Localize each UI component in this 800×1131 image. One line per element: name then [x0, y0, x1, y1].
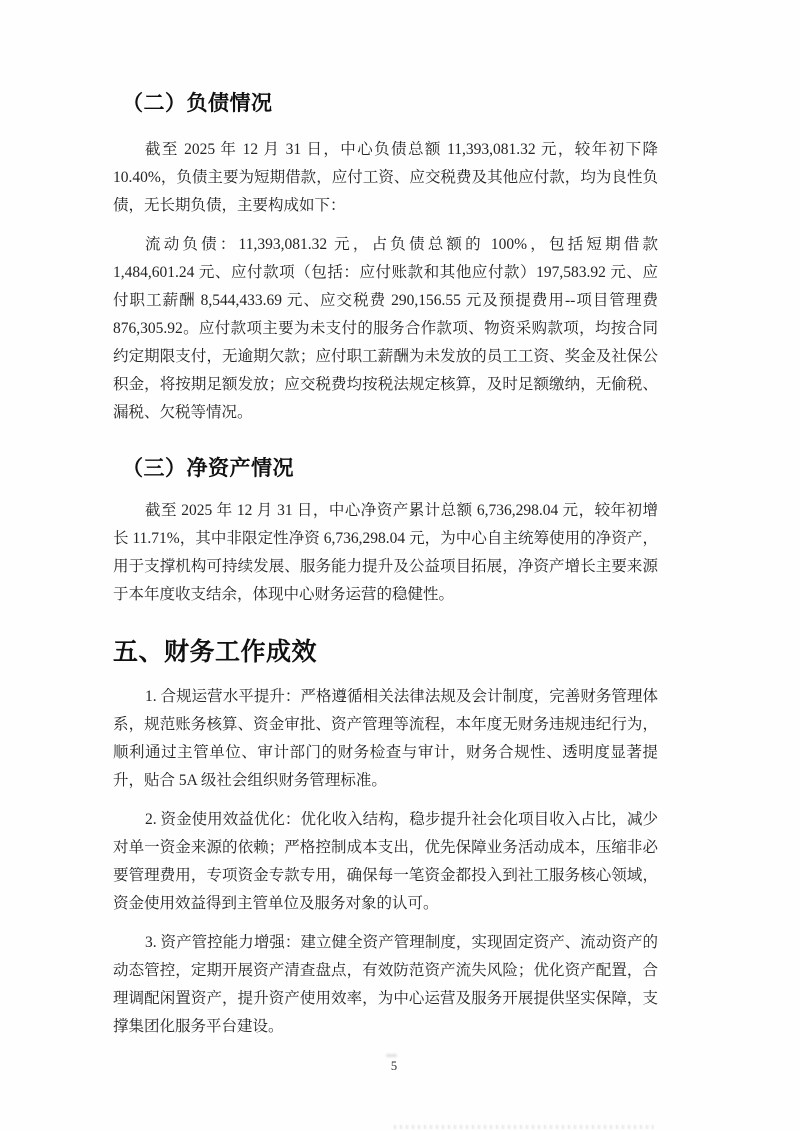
- paragraph-result-item-3: 3. 资产管控能力增强：建立健全资产管理制度，实现固定资产、流动资产的动态管控，…: [113, 929, 658, 1041]
- section-heading-net-assets: （三）净资产情况: [113, 453, 658, 483]
- page-number: 5: [384, 1059, 404, 1074]
- scan-noise-line: [394, 1125, 654, 1129]
- paragraph-result-item-1: 1. 合规运营水平提升：严格遵循相关法律法规及会计制度，完善财务管理体系，规范账…: [113, 683, 658, 795]
- paragraph-result-item-2: 2. 资金使用效益优化：优化收入结构，稳步提升社会化项目收入占比，减少对单一资金…: [113, 806, 658, 918]
- section-heading-financial-results: 五、财务工作成效: [113, 636, 658, 670]
- document-page: （二）负债情况 截至 2025 年 12 月 31 日，中心负债总额 11,39…: [0, 0, 800, 1131]
- paragraph-liabilities-overview: 截至 2025 年 12 月 31 日，中心负债总额 11,393,081.32…: [113, 136, 658, 220]
- scan-smudge: [386, 1054, 397, 1057]
- document-content: （二）负债情况 截至 2025 年 12 月 31 日，中心负债总额 11,39…: [113, 0, 658, 1041]
- paragraph-liabilities-detail: 流动负债：11,393,081.32 元，占负债总额的 100%，包括短期借款 …: [113, 231, 658, 427]
- section-heading-liabilities: （二）负债情况: [113, 88, 658, 118]
- paragraph-net-assets: 截至 2025 年 12 月 31 日，中心净资产累计总额 6,736,298.…: [113, 497, 658, 609]
